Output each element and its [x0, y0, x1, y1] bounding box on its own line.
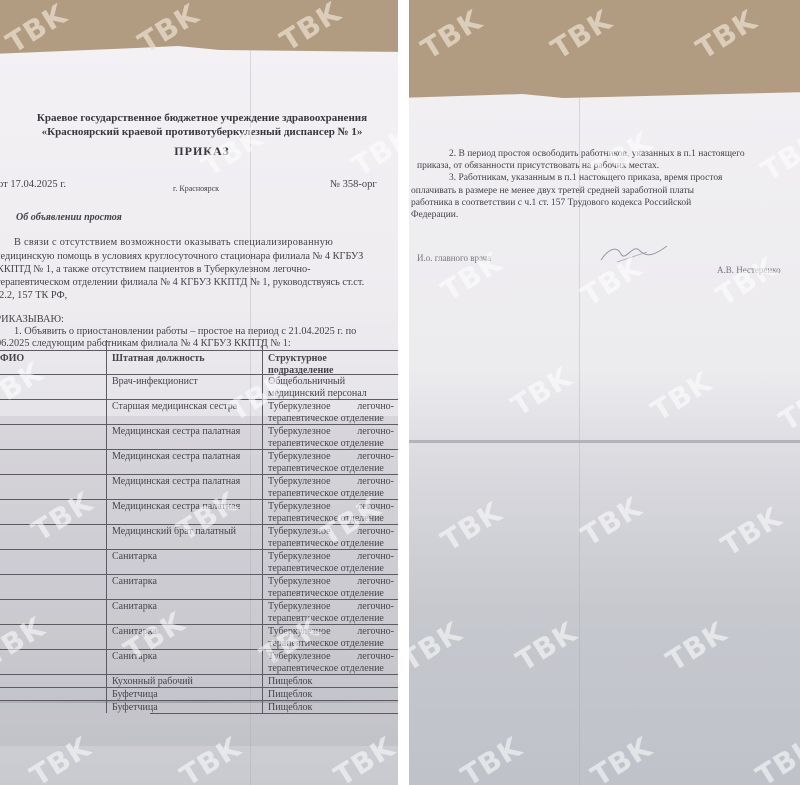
department-cell: Туберкулезное легочно-терапевтическое от… — [268, 526, 394, 550]
position-cell: Медицинский брат палатный — [112, 526, 262, 538]
department-cell: Туберкулезное легочно-терапевтическое от… — [268, 426, 394, 450]
photo-page-1: Краевое государственное бюджетное учрежд… — [0, 0, 398, 785]
table-row: СанитаркаТуберкулезное легочно-терапевти… — [0, 574, 398, 600]
signature-icon — [599, 240, 669, 266]
department-cell: Туберкулезное легочно-терапевтическое от… — [268, 501, 394, 525]
org-name-line-2: «Красноярский краевой противотуберкулезн… — [12, 126, 392, 139]
table-row: СанитаркаТуберкулезное легочно-терапевти… — [0, 624, 398, 650]
table-row: Медицинская сестра палатнаяТуберкулезное… — [0, 499, 398, 525]
order-document: Краевое государственное бюджетное учрежд… — [0, 0, 398, 785]
order-date: от 17.04.2025 г. — [0, 178, 66, 191]
item-1-line-2: 06.2025 следующим работникам филиала № 4… — [0, 337, 291, 350]
table-row: Кухонный рабочийПищеблок — [0, 674, 398, 688]
item-3-line-1: 3. Работникам, указанным в п.1 настоящег… — [449, 172, 722, 185]
table-row: БуфетчицаПищеблок — [0, 700, 398, 714]
table-row: СанитаркаТуберкулезное легочно-терапевти… — [0, 549, 398, 575]
position-cell: Медицинская сестра палатная — [112, 476, 262, 488]
body-line: медицинскую помощь в условиях круглосуто… — [0, 250, 363, 263]
table-row: Медицинская сестра палатнаяТуберкулезное… — [0, 424, 398, 450]
department-cell: Туберкулезное легочно-терапевтическое от… — [268, 576, 394, 600]
position-cell: Санитарка — [112, 601, 262, 613]
body-line: 72.2, 157 ТК РФ, — [0, 289, 67, 302]
position-cell: Медицинская сестра палатная — [112, 501, 262, 513]
table-row: Медицинский брат палатныйТуберкулезное л… — [0, 524, 398, 550]
department-cell: Туберкулезное легочно-терапевтическое от… — [268, 626, 394, 650]
header-name: ФИО — [0, 353, 100, 365]
position-cell: Медицинская сестра палатная — [112, 451, 262, 463]
table-row: СанитаркаТуберкулезное легочно-терапевти… — [0, 649, 398, 675]
order-subject: Об объявлении простоя — [16, 211, 122, 224]
table-row: Старшая медицинская сестраТуберкулезное … — [0, 399, 398, 425]
position-cell: Врач-инфекционист — [112, 376, 262, 388]
position-cell: Медицинская сестра палатная — [112, 426, 262, 438]
department-cell: Туберкулезное легочно-терапевтическое от… — [268, 651, 394, 675]
body-line: ККПТД № 1, а также отсутствием пациентов… — [0, 263, 311, 276]
position-cell: Старшая медицинская сестра — [112, 401, 262, 413]
signatory-title: И.о. главного врача — [417, 252, 491, 265]
position-cell: Санитарка — [112, 551, 262, 563]
table-row: Врач-инфекционистОбщебольничный медицинс… — [0, 374, 398, 400]
doc-type-title: ПРИКАЗ — [12, 145, 392, 158]
org-name-line-1: Краевое государственное бюджетное учрежд… — [12, 112, 392, 125]
department-cell: Общебольничный медицинский персонал — [268, 376, 394, 400]
body-line: терапевтическом отделении филиала № 4 КГ… — [0, 276, 364, 289]
signatory-name: А.В. Нестеренко — [717, 264, 781, 277]
department-cell: Туберкулезное легочно-терапевтическое от… — [268, 476, 394, 500]
table-bottom-border — [150, 713, 398, 714]
position-cell: Санитарка — [112, 626, 262, 638]
order-city: г. Красноярск — [173, 182, 219, 195]
position-cell: Санитарка — [112, 651, 262, 663]
department-cell: Туберкулезное легочно-терапевтическое от… — [268, 601, 394, 625]
position-cell: Санитарка — [112, 576, 262, 588]
table-header-row: ФИО Штатная должность Структурное подраз… — [0, 350, 398, 375]
header-position: Штатная должность — [112, 353, 262, 365]
order-number: № 358-орг — [330, 178, 377, 191]
department-cell: Туберкулезное легочно-терапевтическое от… — [268, 551, 394, 575]
table-row: СанитаркаТуберкулезное легочно-терапевти… — [0, 599, 398, 625]
table-row: Медицинская сестра палатнаяТуберкулезное… — [0, 449, 398, 475]
item-3-line-4: Федерации. — [411, 209, 458, 222]
table-row: Медицинская сестра палатнаяТуберкулезное… — [0, 474, 398, 500]
body-line: В связи с отсутствием возможности оказыв… — [14, 236, 333, 249]
table-row: БуфетчицаПищеблок — [0, 687, 398, 701]
department-cell: Туберкулезное легочно-терапевтическое от… — [268, 401, 394, 425]
department-cell: Туберкулезное легочно-терапевтическое от… — [268, 451, 394, 475]
order-document-page-2: 2. В период простоя освободить работнико… — [409, 0, 800, 785]
photo-page-2: 2. В период простоя освободить работнико… — [409, 0, 800, 785]
